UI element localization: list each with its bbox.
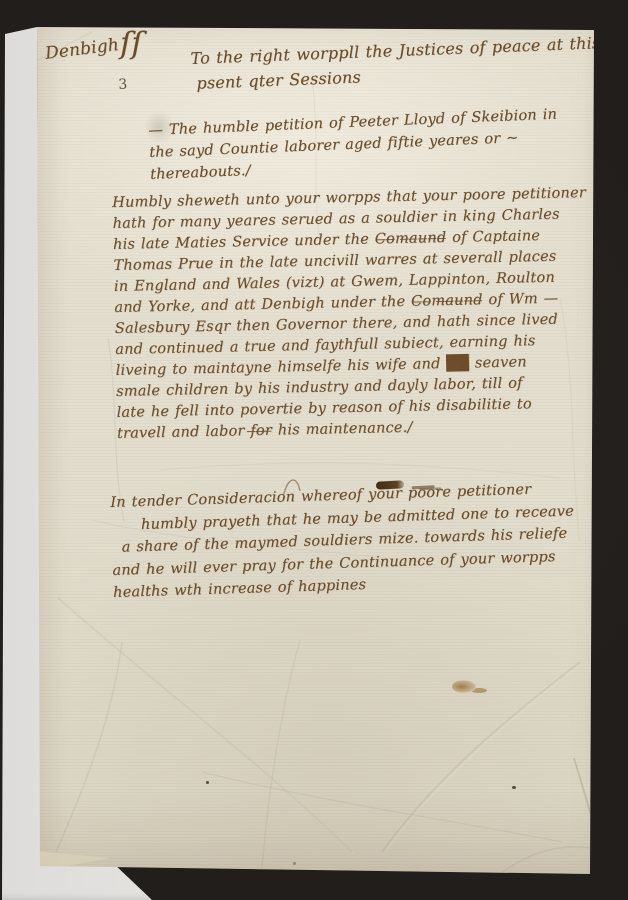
ink-speck bbox=[206, 781, 209, 784]
manuscript-page: Denbighſſ 3 To the right worppll the Jus… bbox=[0, 0, 628, 900]
ink-speck bbox=[293, 862, 296, 865]
ink-speck bbox=[512, 786, 516, 789]
petition-closing: In tender Consideracion whereof your poo… bbox=[110, 477, 576, 604]
petition-body: Humbly sheweth unto your worpps that you… bbox=[112, 183, 591, 445]
stain bbox=[452, 680, 476, 693]
scan-background: Denbighſſ 3 To the right worppll the Jus… bbox=[0, 0, 628, 900]
paraph-flourish: ſſ bbox=[120, 39, 143, 49]
folio-number: 3 bbox=[118, 77, 128, 93]
